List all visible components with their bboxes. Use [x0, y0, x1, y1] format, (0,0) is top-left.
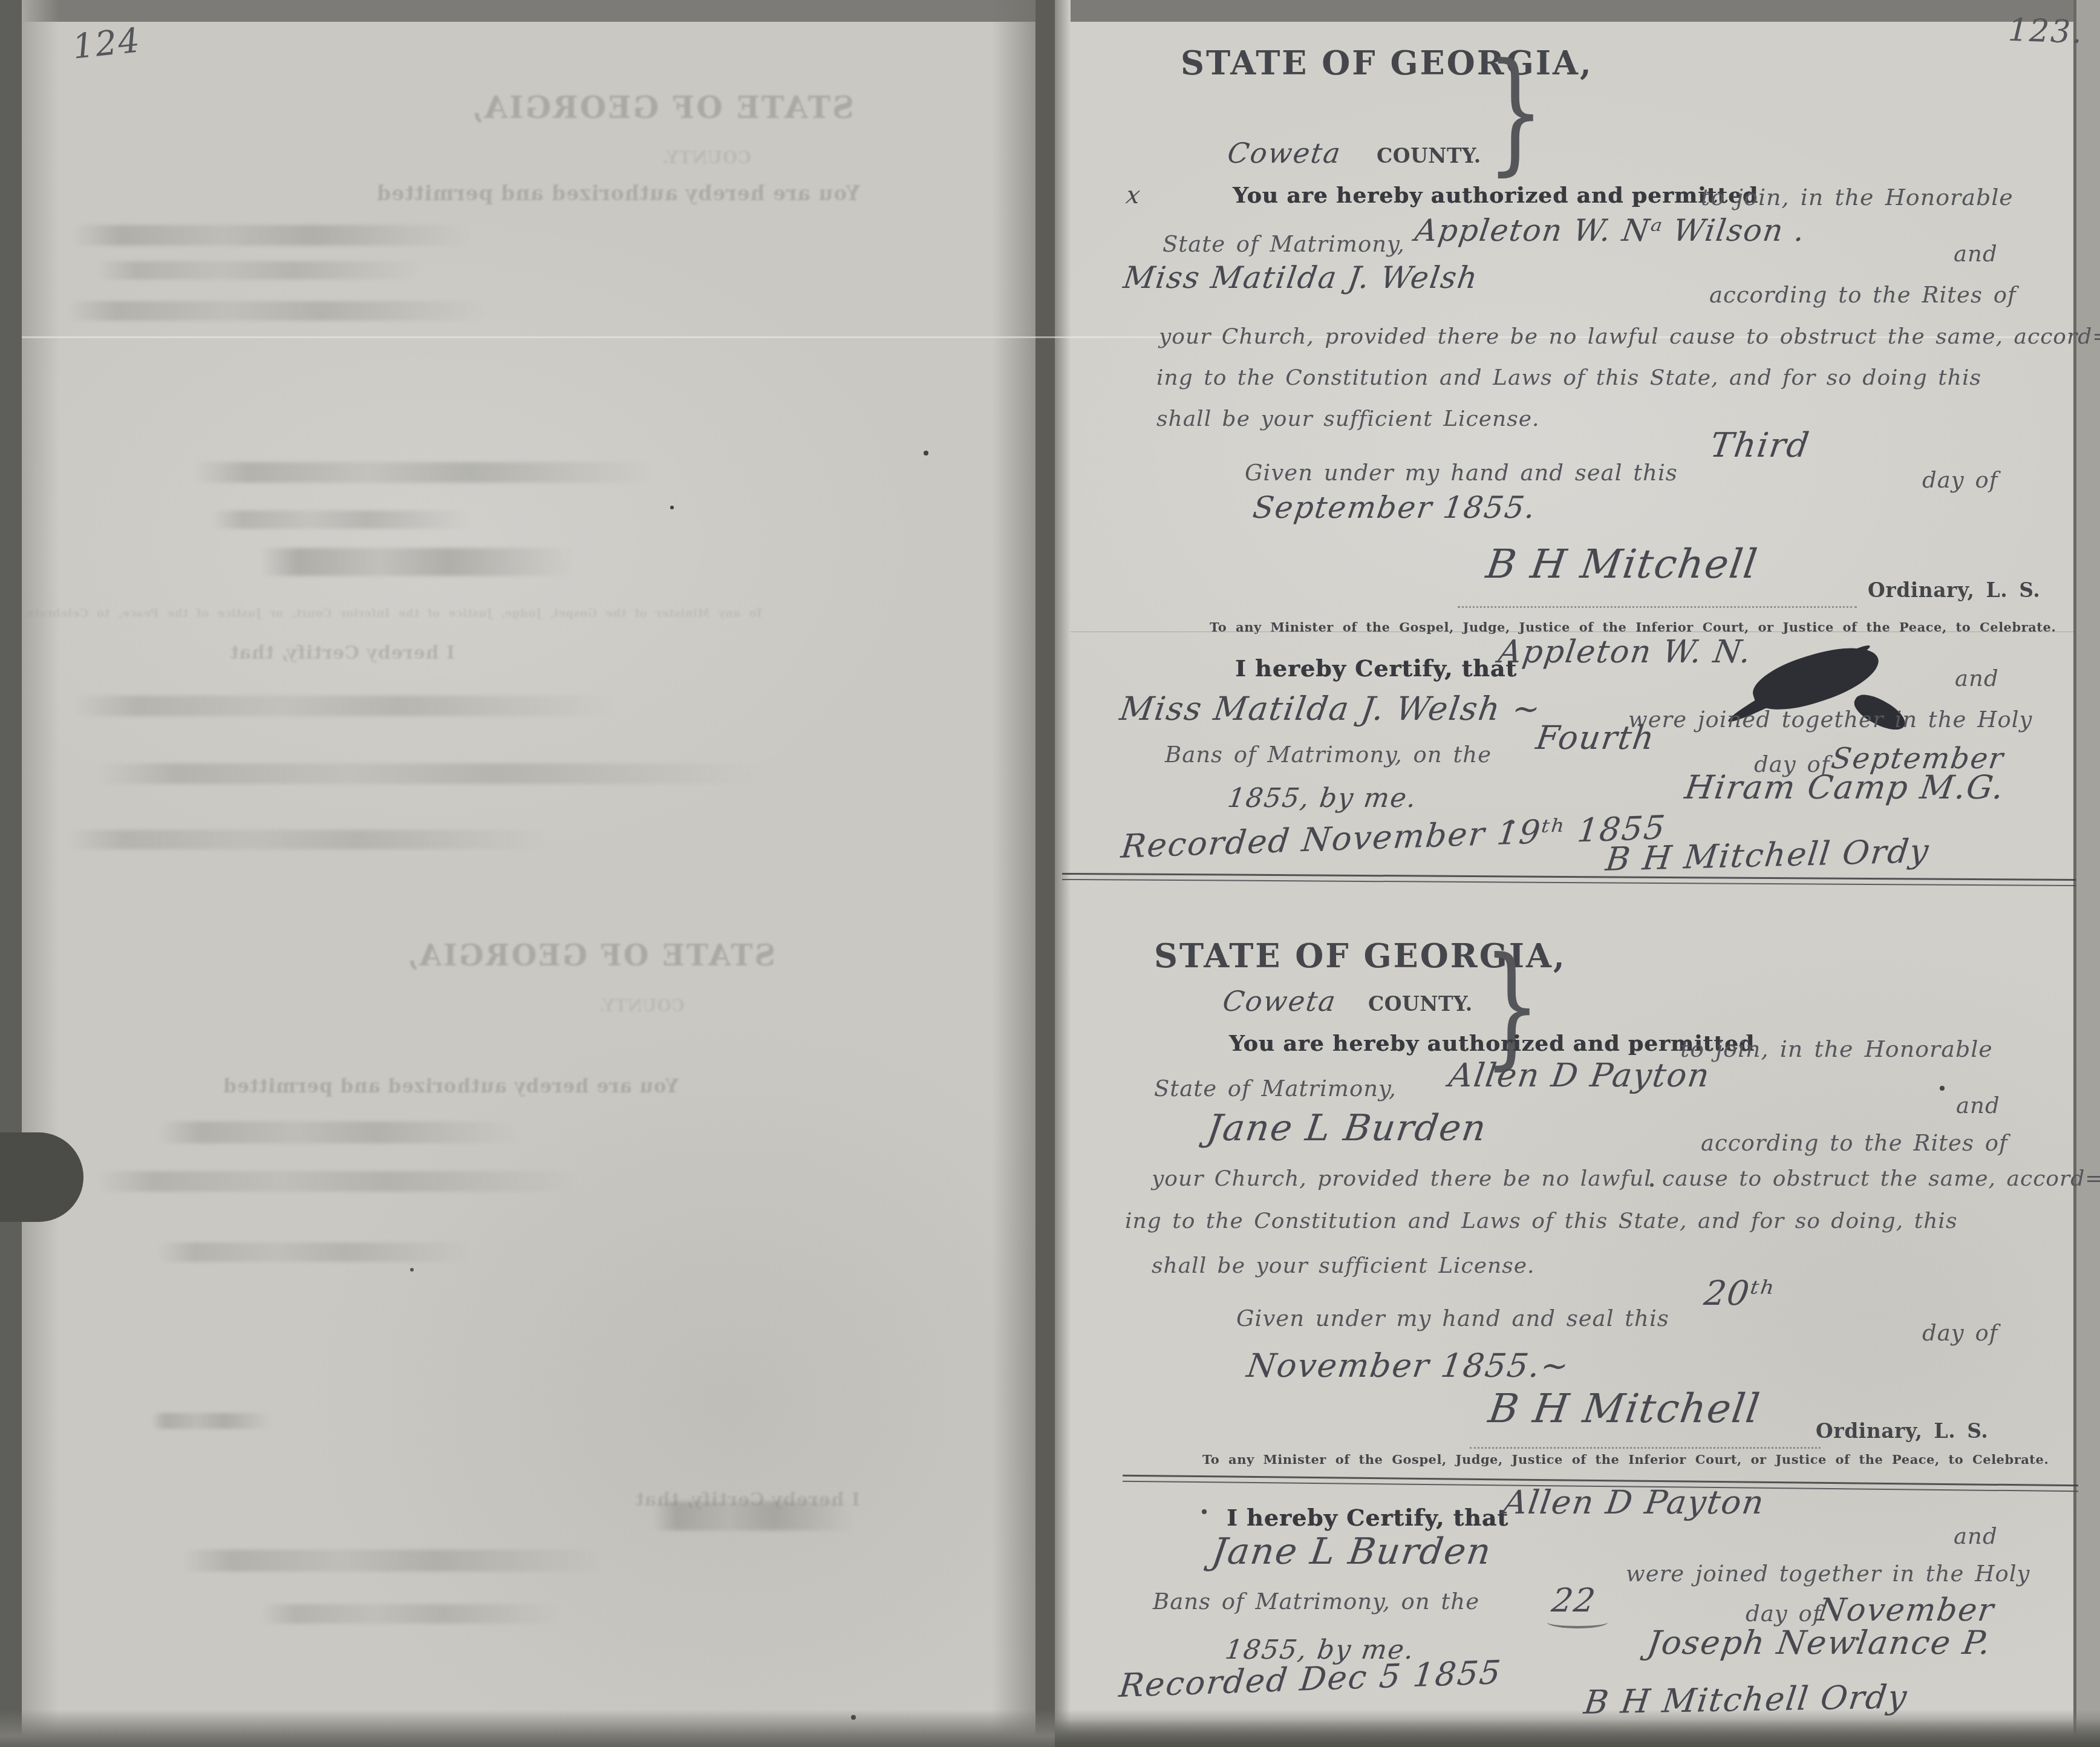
r2-marriage-day: 22	[1550, 1581, 1599, 1619]
r2-matrimony-label: State of Matrimony,	[1154, 1076, 1397, 1102]
paper-specks	[670, 506, 674, 509]
r2-license-day: 20ᵗʰ	[1701, 1274, 1778, 1313]
r1-rites-label: according to the Rites of	[1709, 282, 2017, 308]
bleedthrough-scribble	[260, 548, 575, 576]
r1-brace: }	[1487, 36, 1544, 189]
r1-ordinary-label: Ordinary, L. S.	[1868, 578, 2040, 602]
r1-county-label: COUNTY.	[1377, 144, 1481, 168]
r1-bride-name: Miss Matilda J. Welsh	[1121, 260, 1481, 295]
bleedthrough-scribble	[212, 511, 472, 529]
r2-minister-line: To any Minister of the Gospel, Judge, Ju…	[1202, 1452, 2049, 1467]
r2-bride-name: Jane L Burden	[1204, 1107, 1490, 1149]
r2-license-month-year: November 1855.~	[1245, 1347, 1573, 1385]
r1-certify-bold: I hereby Certify, that	[1235, 655, 1517, 682]
r2-day-of-label-2: day of	[1746, 1601, 1821, 1627]
bleedthrough-scribble	[157, 1242, 472, 1262]
r1-license-line: shall be your sufficient License.	[1156, 407, 1539, 431]
r2-county-handwritten: Coweta	[1221, 985, 1339, 1017]
bleedthrough-scribble	[157, 1122, 520, 1143]
r2-county-label: COUNTY.	[1368, 992, 1473, 1016]
bleedthrough-minister-line: To any Minister of the Gospel, Judge, Ju…	[22, 607, 763, 620]
r1-signature-underline	[1458, 606, 1857, 608]
r2-authorized-line: You are hereby authorized and permitted	[1229, 1031, 1755, 1056]
r2-day-flourish	[1547, 1616, 1608, 1628]
bleedthrough-state-heading: STATE OF GEORGIA,	[470, 90, 854, 125]
r1-given-line: Given under my hand and seal this	[1245, 460, 1678, 486]
r1-minister-signature: Hiram Camp M.G.	[1683, 768, 2007, 806]
r1-constitution-line: ing to the Constitution and Laws of this…	[1156, 365, 1981, 390]
r2-recorded-signature: B H Mitchell Ordy	[1582, 1677, 1910, 1721]
bleedthrough-scribble	[97, 1171, 581, 1192]
r1-minister-line: To any Minister of the Gospel, Judge, Ju…	[1210, 619, 2056, 635]
r1-license-day: Third	[1707, 426, 1812, 465]
r1-authorized-line: You are hereby authorized and permitted	[1233, 183, 1758, 208]
r2-ordinary-label: Ordinary, L. S.	[1816, 1419, 1988, 1443]
r2-bans-line: Bans of Matrimony, on the	[1153, 1589, 1479, 1615]
r1-license-month-year: September 1855.	[1251, 490, 1539, 525]
bleedthrough-certify-line: I hereby Certify, that	[230, 642, 455, 664]
r2-given-line: Given under my hand and seal this	[1236, 1305, 1669, 1331]
bleedthrough-scribble	[67, 301, 490, 321]
r2-minister-signature: Joseph Newlance P.	[1645, 1624, 1994, 1662]
bleedthrough-scribble	[97, 261, 423, 279]
bleedthrough-scribble	[194, 462, 653, 483]
book-scan: 124 123. STATE OF GEORGIA, COUNTY. You a…	[0, 0, 2100, 1747]
r1-certify-and: and	[1955, 665, 1999, 691]
r1-county-handwritten: Coweta	[1225, 137, 1343, 169]
bleedthrough-scribble	[67, 830, 550, 849]
bleedthrough-scribble	[73, 225, 472, 246]
r1-joined-line: were joined together in the Holy	[1628, 707, 2033, 733]
r1-certify-groom: Appleton W. N.	[1496, 634, 1754, 670]
bleedthrough-scribble	[260, 1604, 562, 1624]
bleedthrough-state-heading-2: STATE OF GEORGIA,	[405, 939, 775, 973]
r2-marriage-month: November	[1816, 1592, 1997, 1628]
bleedthrough-county-label: COUNTY.	[662, 148, 751, 168]
r1-church-line: your Church, provided there be no lawful…	[1159, 324, 2100, 349]
scan-right-band	[2076, 0, 2100, 1747]
bleedthrough-scribble	[97, 763, 762, 784]
r1-certify-bride: Miss Matilda J. Welsh ~	[1118, 690, 1544, 728]
r2-joined-line: were joined together in the Holy	[1626, 1561, 2030, 1587]
r1-day-of-label: day of	[1922, 467, 1998, 493]
r1-year-by-me: 1855, by me.	[1225, 783, 1419, 814]
r2-certify-groom: Allen D Payton	[1501, 1483, 1767, 1521]
r2-authorized-script: to join, in the Honorable	[1680, 1036, 1993, 1062]
r1-ordinary-signature: B H Mitchell	[1484, 541, 1761, 587]
r2-day-of-label: day of	[1922, 1320, 1998, 1346]
r2-groom-name: Allen D Payton	[1447, 1056, 1713, 1094]
right-page-number: 123.	[2007, 12, 2084, 51]
r2-certify-bride: Jane L Burden	[1209, 1530, 1495, 1573]
bleedthrough-authorized-line: You are hereby authorized and permitted	[376, 181, 860, 205]
bottom-shadow-right	[1055, 1719, 2100, 1747]
bleedthrough-scribble	[653, 1501, 853, 1530]
r1-authorized-script: to join, in the Honorable	[1701, 184, 2014, 211]
r2-certify-bold: I hereby Certify, that	[1227, 1504, 1508, 1531]
bleedthrough-county-label-2: COUNTY.	[599, 997, 685, 1016]
r1-groom-name: Appleton W. Nᵃ Wilson .	[1413, 213, 1808, 248]
bleedthrough-scribble	[151, 1413, 272, 1429]
r1-matrimony-label: State of Matrimony,	[1162, 231, 1405, 257]
scan-left-edge	[0, 0, 22, 1747]
r2-certify-and: and	[1954, 1523, 1998, 1549]
bleedthrough-scribble	[181, 1550, 605, 1572]
r2-ordinary-signature: B H Mitchell	[1486, 1385, 1764, 1432]
r1-and-label: and	[1954, 241, 1998, 267]
r1-marriage-day: Fourth	[1534, 719, 1658, 757]
r2-license-line: shall be your sufficient License.	[1152, 1253, 1534, 1278]
r1-bans-line: Bans of Matrimony, on the	[1165, 742, 1492, 768]
gutter	[1035, 0, 1055, 1747]
r2-rites-label: according to the Rites of	[1701, 1130, 2008, 1156]
bleedthrough-scribble	[73, 696, 617, 716]
r2-and-label: and	[1956, 1092, 2000, 1118]
bleedthrough-authorized-line-2: You are hereby authorized and permitted	[223, 1076, 679, 1097]
r2-constitution-line: ing to the Constitution and Laws of this…	[1125, 1209, 1957, 1233]
r2-church-line: your Church, provided there be no lawful…	[1152, 1166, 2100, 1191]
r2-signature-underline	[1470, 1447, 1821, 1449]
